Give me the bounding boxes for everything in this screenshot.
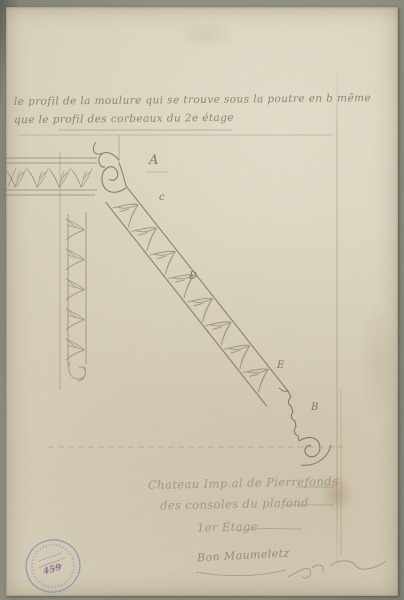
- ref-letter-e: E: [277, 360, 284, 371]
- ref-letter-c: c: [159, 192, 165, 203]
- caption-line3: 1er Étage: [197, 519, 258, 535]
- ref-letter-a: A: [149, 153, 158, 168]
- ref-letter-d: D: [189, 271, 197, 282]
- ref-letter-b: B: [311, 402, 318, 413]
- header-note-line2: que le profil des corbeaux du 2e étage: [14, 110, 234, 129]
- scan-mount: le profil de la moulure qui se trouve so…: [0, 0, 404, 600]
